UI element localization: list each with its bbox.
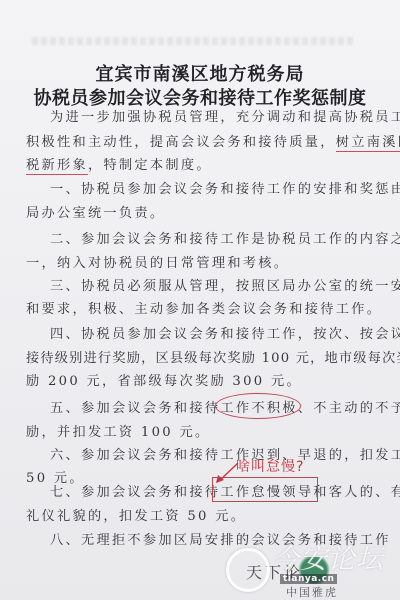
clause-1-line-2: 局办公室统一负责。	[26, 202, 165, 221]
watermark-script-text: 今安论坛	[272, 537, 384, 576]
intro-line-3: 税新形象，特制定本制度。	[26, 154, 212, 173]
intro-line-2: 积极性和主动性，提高会议会务和接待质量，树立南溪区地	[26, 131, 400, 150]
document-title-line1: 宜宾市南溪区地方税务局	[0, 60, 400, 86]
watermark-url: tianya.cn	[280, 574, 337, 584]
red-circle-annotation	[215, 393, 301, 419]
forum-logo-icon	[226, 548, 270, 592]
clause-4-line-3: 励 200 元，省部级每次奖励 300 元。	[26, 370, 302, 389]
clause-5-line-2: 励，并扣发工资 100 元。	[26, 421, 210, 440]
red-box-annotation	[212, 477, 318, 502]
clause-3-line-1: 三、协税员必须服从管理，按照区局办公室的统一安排	[50, 275, 400, 294]
clause-1-line-1: 一、协税员参加会议会务和接待工作的安排和奖惩由区	[50, 178, 400, 197]
underlined-phrase-part1: 树立南溪区地	[336, 135, 400, 152]
clause-4-line-1: 四、协税员参加会议会务和接待工作，按次、按会议和	[50, 323, 400, 342]
watermark-subtext: 中国雅虎	[286, 584, 338, 600]
clause-2-line-2: 一，纳入对协税员的日常管理和考核。	[26, 252, 289, 271]
intro-line-3-text: ，特制定本制度。	[88, 158, 212, 173]
clause-2-line-1: 二、参加会议会务和接待工作是协税员工作的内容之	[50, 228, 400, 247]
clause-7-line-2: 礼仪礼貌的，扣发工资 50 元。	[26, 505, 246, 524]
intro-line-2-text: 积极性和主动性，提高会议会务和接待质量，	[26, 135, 336, 150]
clause-3-line-2: 和要求，积极、主动参加各类会议会务和接待工作。	[26, 298, 382, 317]
intro-line-1: 为进一步加强协税员管理，充分调动和提高协税员工作	[50, 106, 400, 125]
underlined-phrase-part2: 税新形象	[26, 158, 88, 175]
clause-6-line-1: 六、参加会议会务和接待工作迟到、早退的，扣发工资	[50, 444, 400, 463]
clause-4-line-2: 接待级别进行奖励，区县级每次奖励 100 元，地市级每次奖	[26, 347, 400, 366]
handwritten-note: 啥叫怠慢?	[236, 456, 304, 476]
bleed-through-text	[32, 37, 354, 45]
